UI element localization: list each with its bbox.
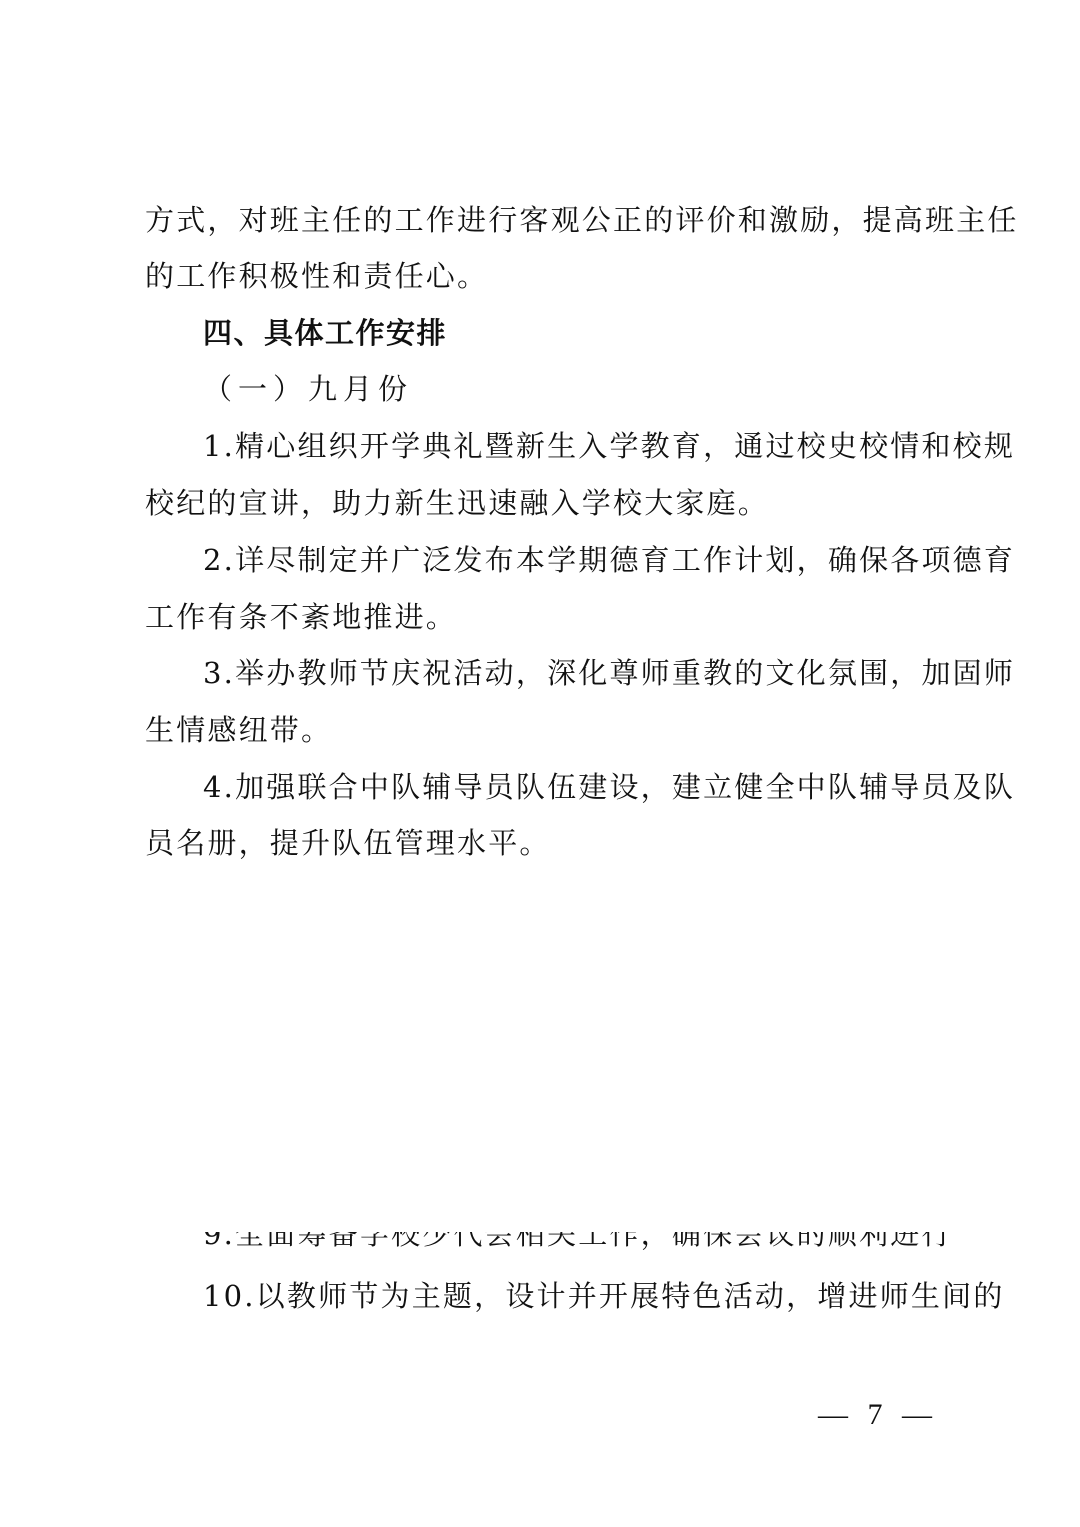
paragraph-line: 方式，对班主任的工作进行客观公正的评价和激励，提高班主任	[145, 200, 945, 240]
subsection-heading: （一）九月份	[203, 369, 945, 409]
list-item-4-line2: 员名册，提升队伍管理水平。	[145, 823, 945, 863]
list-item-3-line2: 生情感纽带。	[145, 710, 945, 750]
paragraph-line: 的工作积极性和责任心。	[145, 256, 945, 296]
list-item-9-text: 9.全面筹备学校少代会相关工作，确保会议的顺利进行。	[203, 1232, 945, 1254]
list-item-1-line1: 1.精心组织开学典礼暨新生入学教育，通过校史校情和校规	[203, 426, 945, 466]
list-item-10-line1: 10.以教师节为主题，设计并开展特色活动，增进师生间的	[203, 1276, 945, 1316]
list-item-2-line2: 工作有条不紊地推进。	[145, 597, 945, 637]
section-heading: 四、具体工作安排	[203, 313, 945, 353]
page-number: — 7 —	[818, 1398, 938, 1432]
list-item-2-line1: 2.详尽制定并广泛发布本学期德育工作计划，确保各项德育	[203, 540, 945, 580]
list-item-9-clipped: 9.全面筹备学校少代会相关工作，确保会议的顺利进行。	[203, 1232, 945, 1254]
list-item-1-line2: 校纪的宣讲，助力新生迅速融入学校大家庭。	[145, 483, 945, 523]
list-item-3-line1: 3.举办教师节庆祝活动，深化尊师重教的文化氛围，加固师	[203, 653, 945, 693]
list-item-4-line1: 4.加强联合中队辅导员队伍建设，建立健全中队辅导员及队	[203, 767, 945, 807]
